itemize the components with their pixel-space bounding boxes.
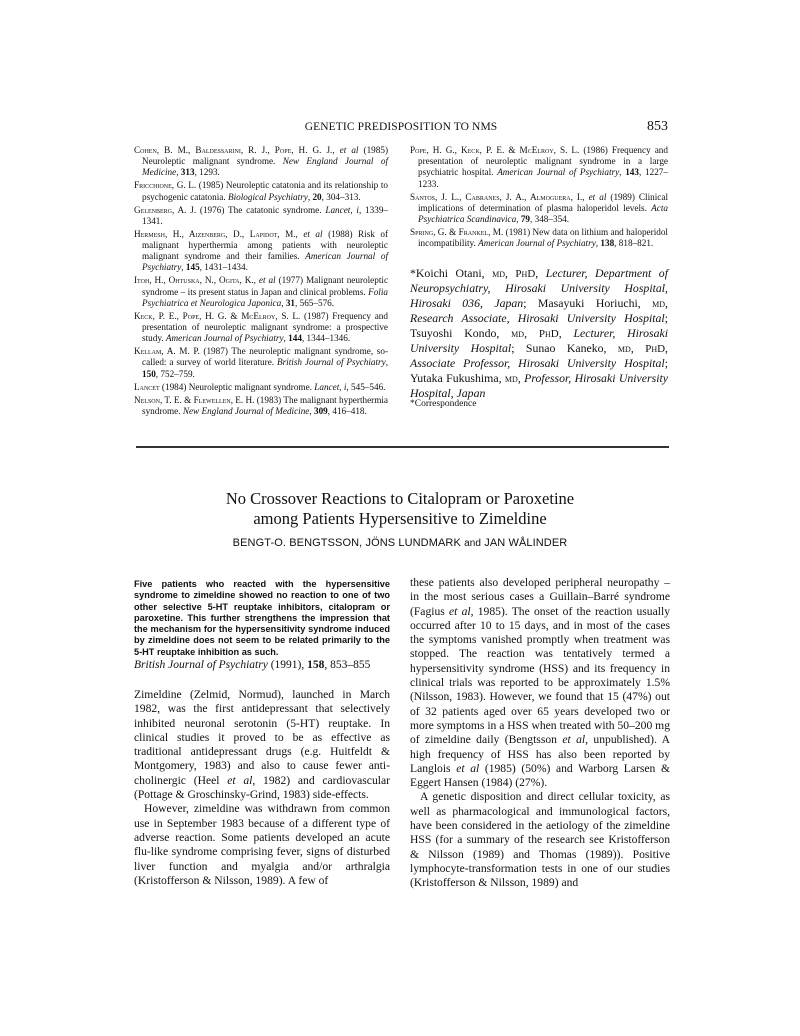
degree: md — [492, 268, 505, 280]
degree: PhD — [539, 328, 559, 340]
reference-pages: , 818–821. — [614, 238, 653, 248]
reference-volume: 79 — [521, 214, 530, 224]
text-run: *Koichi Otani, — [410, 266, 492, 280]
reference-year: (1987) — [304, 311, 332, 321]
reference-authors: Pope, H. G., Keck, P. E. & McElroy, S. L… — [410, 145, 583, 155]
citation-journal: British Journal of Psychiatry — [134, 659, 268, 671]
reference-etal: et al — [303, 229, 322, 239]
references-left-column: Cohen, B. M., Baldessarini, R. J., Pope,… — [134, 145, 388, 419]
degree: md — [511, 328, 524, 340]
degree: md — [618, 343, 631, 355]
text-run: , 1985). The onset of the reaction usual… — [410, 605, 670, 747]
text-run: ; Sunao Kaneko, — [511, 341, 618, 355]
article-authors: BENGT-O. BENGTSSON, JÖNS LUNDMARK and JA… — [150, 537, 650, 549]
reference-authors: Keck, P. E., Pope, H. G. & McElroy, S. L… — [134, 311, 304, 321]
reference-volume: 309 — [314, 406, 328, 416]
citation-pages: , 853–855 — [324, 659, 370, 671]
reference-etal: et al — [589, 192, 607, 202]
reference-journal: American Journal of Psychiatry — [478, 238, 596, 248]
body-paragraph: Zimeldine (Zelmid, Normud), launched in … — [134, 688, 390, 802]
running-head: GENETIC PREDISPOSITION TO NMS 853 — [134, 121, 668, 137]
authors-last: JAN WÅLINDER — [484, 537, 567, 549]
author-affiliations: *Koichi Otani, md, PhD, Lecturer, Depart… — [410, 266, 668, 401]
italic-text: et al — [227, 774, 252, 787]
reference-journal: New England Journal of Medicine — [183, 406, 310, 416]
reference-title: Neuroleptic malignant syndrome. — [189, 382, 315, 392]
references-right-column: Pope, H. G., Keck, P. E. & McElroy, S. L… — [410, 145, 668, 251]
body-paragraph: these patients also developed peripheral… — [410, 576, 670, 790]
degree: PhD — [515, 268, 535, 280]
text-run: However, zimeldine was withdrawn from co… — [134, 802, 390, 886]
reference-journal: British Journal of Psychiatry — [277, 357, 386, 367]
reference-year: (1981) — [506, 227, 533, 237]
italic-text: et al — [449, 605, 471, 618]
reference-title: The catatonic syndrome. — [228, 205, 325, 215]
reference-item: Fricchione, G. L. (1985) Neuroleptic cat… — [134, 180, 388, 202]
reference-journal: American Journal of Psychiatry — [166, 333, 284, 343]
reference-title: Neuroleptic malignant syndrome. — [142, 156, 283, 166]
italic-text: et al — [562, 733, 585, 746]
text-run: , — [631, 341, 645, 355]
reference-pages: , 416–418. — [328, 406, 367, 416]
reference-item: Hermesh, H., Aizenberg, D., Lapidot, M.,… — [134, 229, 388, 274]
text-run: , — [665, 296, 668, 310]
reference-volume: 143 — [625, 167, 639, 177]
reference-pages: , 1344–1346. — [302, 333, 350, 343]
italic-text: Associate Professor, Hirosaki University… — [410, 356, 665, 370]
reference-year: (1988) — [328, 229, 358, 239]
reference-year: (1986) — [583, 145, 612, 155]
reference-authors: Kellam, A. M. P. — [134, 346, 203, 356]
reference-authors: Itoh, H., Ohtuska, N., Ogita, K., — [134, 275, 259, 285]
correspondence-note: *Correspondence — [410, 399, 476, 409]
body-paragraph: A genetic disposition and direct cellula… — [410, 790, 670, 890]
text-run: A genetic disposition and direct cellula… — [410, 790, 670, 889]
degree: md — [505, 373, 518, 385]
reference-item: Spring, G. & Frankel, M. (1981) New data… — [410, 227, 668, 249]
reference-volume: 150 — [142, 369, 156, 379]
reference-pages: , 565–576. — [295, 298, 334, 308]
page-number: 853 — [647, 119, 668, 135]
reference-authors: Cohen, B. M., Baldessarini, R. J., Pope,… — [134, 145, 340, 155]
reference-pages: , 752–759. — [156, 369, 195, 379]
body-paragraph: However, zimeldine was withdrawn from co… — [134, 802, 390, 888]
article-title-line-1: No Crossover Reactions to Citalopram or … — [150, 489, 650, 509]
reference-authors: Hermesh, H., Aizenberg, D., Lapidot, M., — [134, 229, 303, 239]
italic-text: et al — [456, 762, 479, 775]
article-title: No Crossover Reactions to Citalopram or … — [150, 489, 650, 529]
abstract: Five patients who reacted with the hyper… — [134, 579, 390, 658]
reference-authors: Fricchione, G. L. — [134, 180, 199, 190]
reference-etal: et al — [259, 275, 276, 285]
reference-item: Lancet (1984) Neuroleptic malignant synd… — [134, 382, 388, 393]
reference-item: Cohen, B. M., Baldessarini, R. J., Pope,… — [134, 145, 388, 179]
reference-volume: 313 — [181, 167, 195, 177]
reference-volume: 20 — [312, 192, 321, 202]
reference-journal: American Journal of Psychiatry — [497, 167, 619, 177]
authors-main: BENGT-O. BENGTSSON, JÖNS LUNDMARK — [233, 537, 461, 549]
text-run: Zimeldine (Zelmid, Normud), launched in … — [134, 688, 390, 787]
text-run: , — [524, 326, 539, 340]
reference-year: (1977) — [279, 275, 306, 285]
reference-item: Keck, P. E., Pope, H. G. & McElroy, S. L… — [134, 311, 388, 345]
reference-authors: Santos, J. L., Cabranes, J. A., Almoguer… — [410, 192, 589, 202]
reference-item: Gelenberg, A. J. (1976) The catatonic sy… — [134, 205, 388, 227]
reference-etal: et al — [340, 145, 359, 155]
reference-item: Itoh, H., Ohtuska, N., Ogita, K., et al … — [134, 275, 388, 309]
body-text-left-column: Zimeldine (Zelmid, Normud), launched in … — [134, 688, 390, 888]
text-run: , — [559, 326, 574, 340]
reference-journal: Lancet, i — [314, 382, 346, 392]
running-title: GENETIC PREDISPOSITION TO NMS — [134, 121, 668, 133]
body-text-right-column: these patients also developed peripheral… — [410, 576, 670, 891]
reference-journal: Lancet, i — [325, 205, 359, 215]
reference-volume: 138 — [600, 238, 614, 248]
reference-pages: , 1293. — [195, 167, 220, 177]
reference-authors: Nelson, T. E. & Flewellen, E. H. — [134, 395, 257, 405]
reference-item: Nelson, T. E. & Flewellen, E. H. (1983) … — [134, 395, 388, 417]
text-run: ; Masayuki Horiuchi, — [523, 296, 652, 310]
article-title-line-2: among Patients Hypersensitive to Zimeldi… — [150, 509, 650, 529]
reference-year: (1989) — [610, 192, 639, 202]
reference-year: (1983) — [257, 395, 284, 405]
reference-authors: Lancet — [134, 382, 162, 392]
reference-year: (1984) — [162, 382, 189, 392]
citation-volume: 158 — [307, 659, 324, 671]
reference-journal: Biological Psychiatry — [228, 192, 308, 202]
journal-citation: British Journal of Psychiatry (1991), 15… — [134, 659, 390, 671]
degree: PhD — [645, 343, 665, 355]
reference-year: (1985) — [364, 145, 389, 155]
reference-item: Santos, J. L., Cabranes, J. A., Almoguer… — [410, 192, 668, 226]
reference-pages: , 304–313. — [322, 192, 361, 202]
text-run: , — [665, 341, 668, 355]
authors-and: and — [464, 538, 481, 549]
reference-pages: , 1431–1434. — [200, 262, 248, 272]
reference-pages: , 348–354. — [530, 214, 569, 224]
reference-authors: Spring, G. & Frankel, M. — [410, 227, 506, 237]
reference-volume: 145 — [186, 262, 200, 272]
reference-volume: 144 — [288, 333, 302, 343]
section-divider — [136, 446, 669, 448]
reference-item: Kellam, A. M. P. (1987) The neuroleptic … — [134, 346, 388, 380]
reference-authors: Gelenberg, A. J. — [134, 205, 200, 215]
reference-year: (1987) — [203, 346, 231, 356]
italic-text: Research Associate, Hirosaki University … — [410, 311, 665, 325]
citation-year: (1991), — [271, 659, 305, 671]
reference-volume: 31 — [286, 298, 295, 308]
text-run: , — [535, 266, 545, 280]
degree: md — [652, 298, 665, 310]
reference-item: Pope, H. G., Keck, P. E. & McElroy, S. L… — [410, 145, 668, 190]
reference-year: (1976) — [200, 205, 228, 215]
text-run: , — [505, 266, 515, 280]
reference-pages: , 545–546. — [346, 382, 385, 392]
reference-year: (1985) — [199, 180, 226, 190]
